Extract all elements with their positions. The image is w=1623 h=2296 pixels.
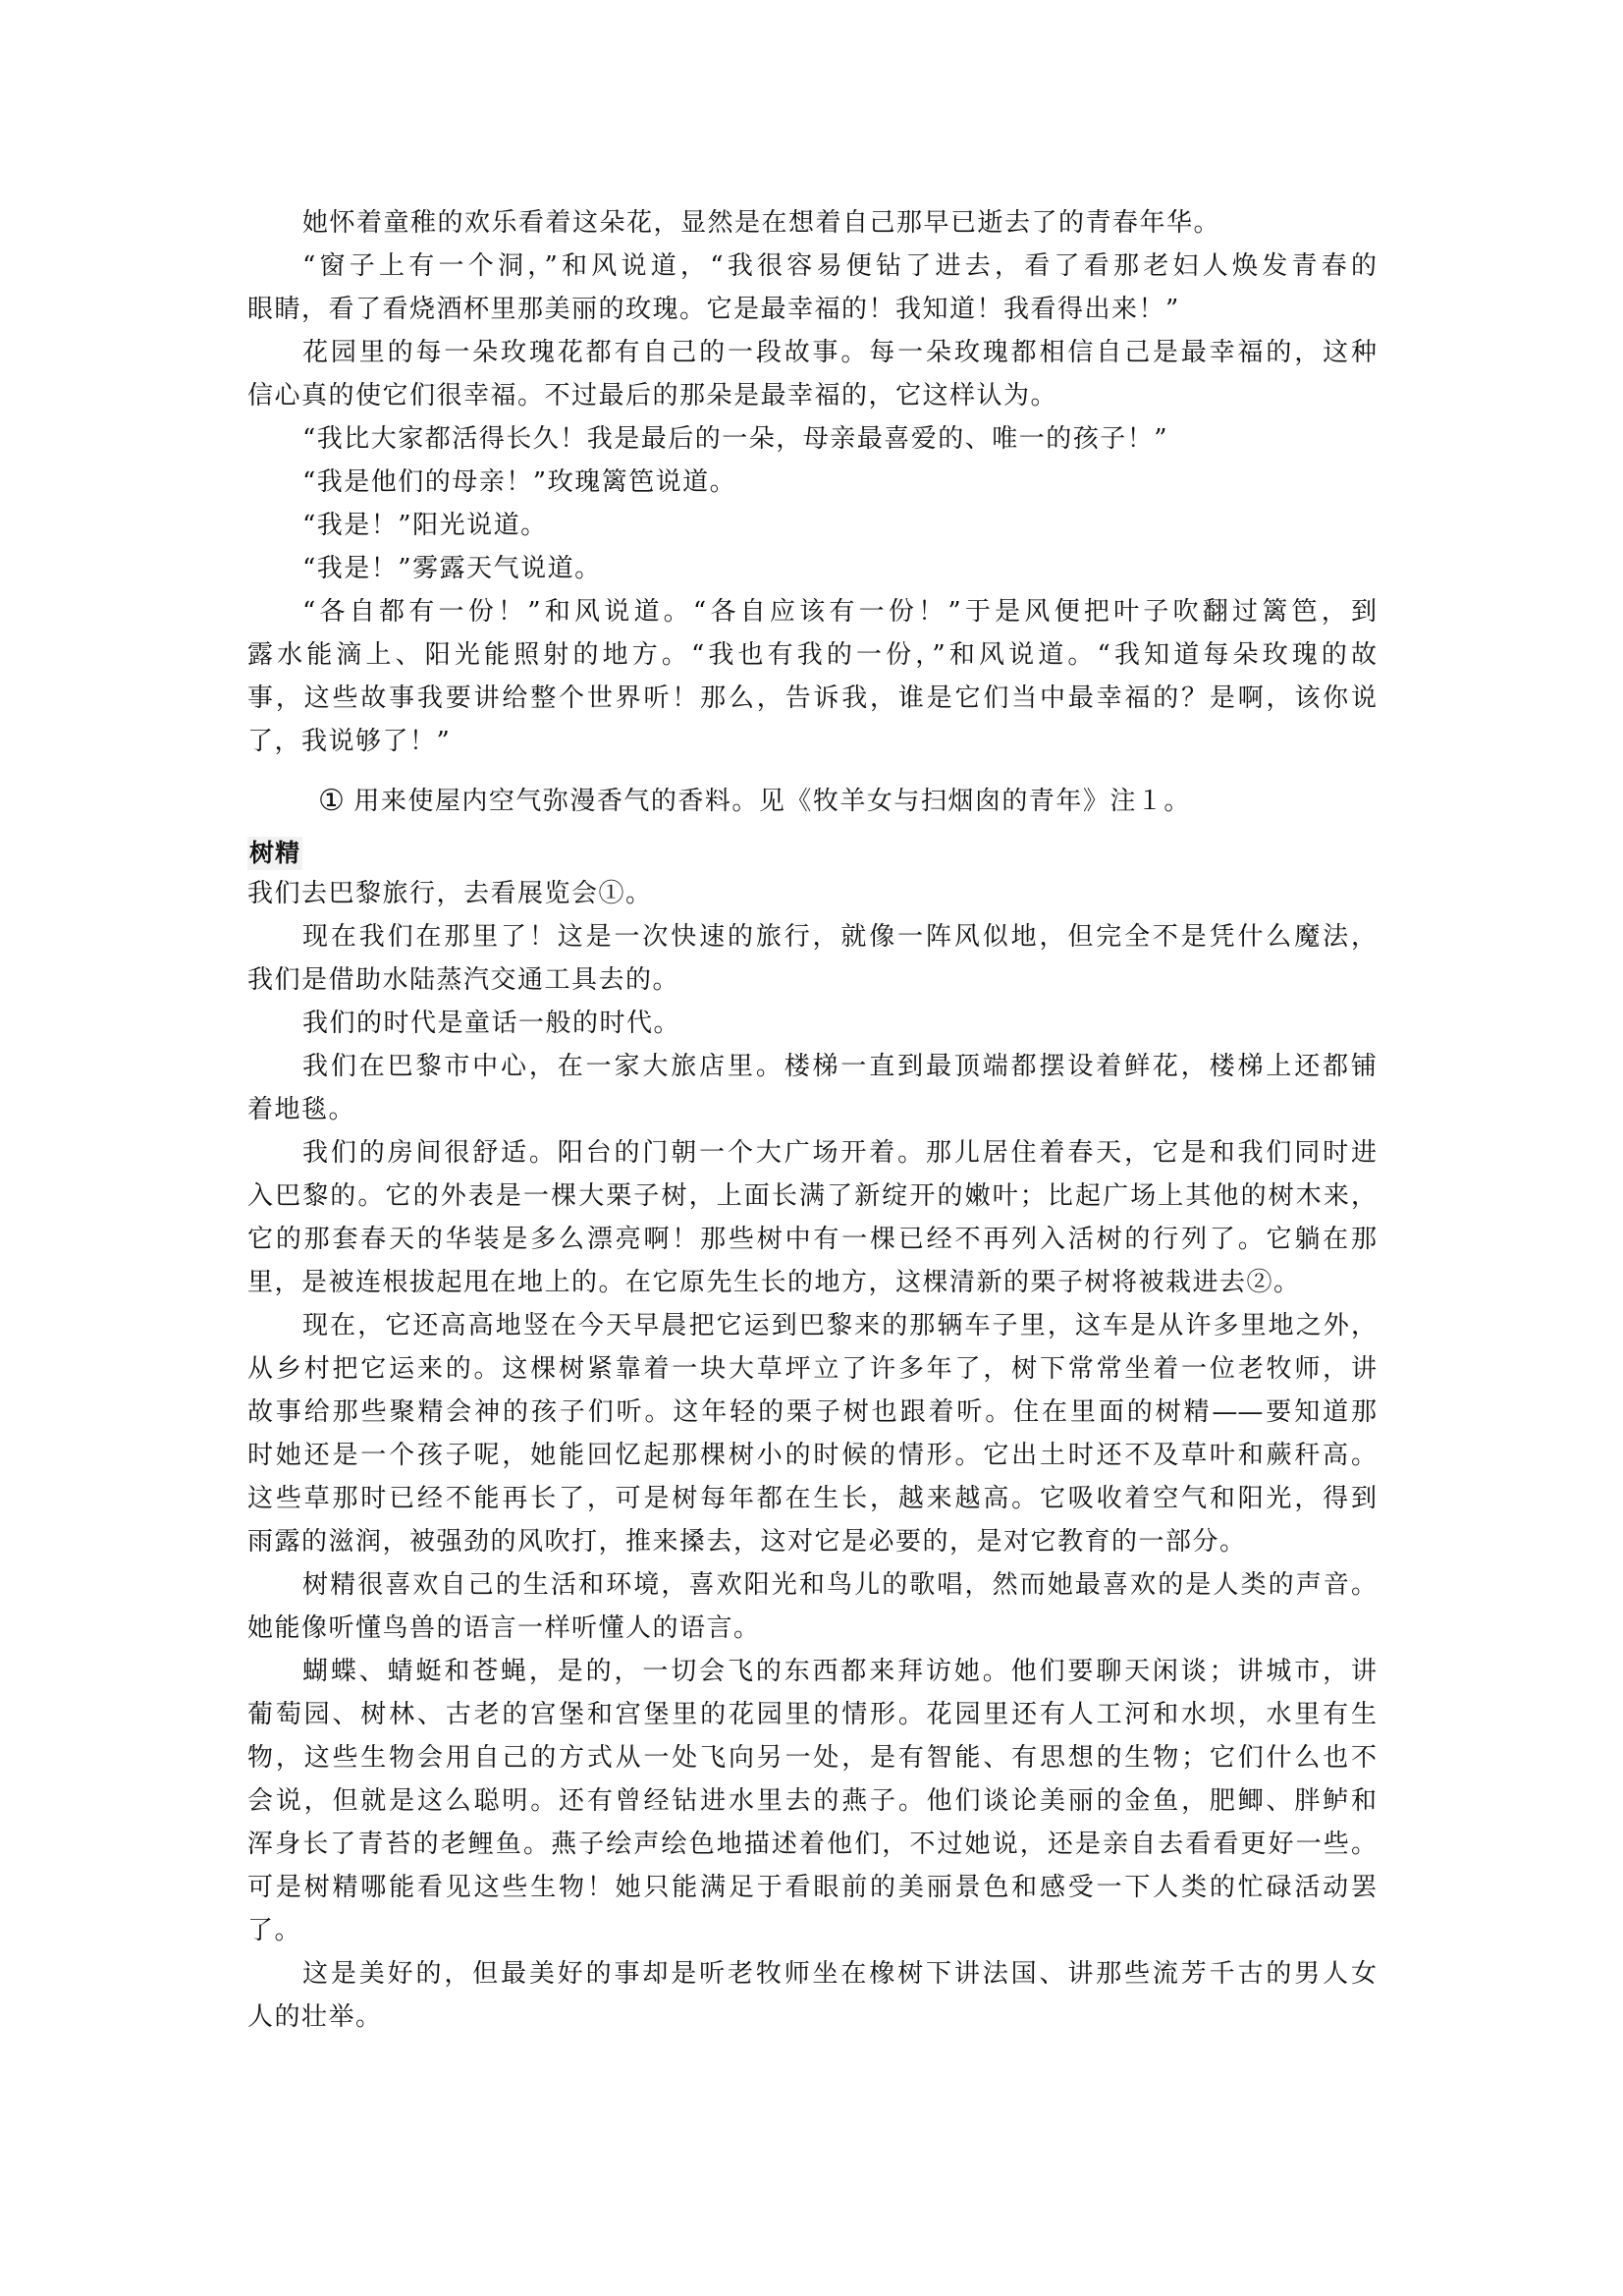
paragraph-line: 眼睛，看了看烧酒杯里那美丽的玫瑰。它是最幸福的！我知道！我看得出来！”	[247, 290, 1180, 329]
paragraph-line: 她怀着童稚的欢乐看着这朵花，显然是在想着自己那早已逝去了的青春年华。	[302, 203, 1220, 243]
paragraph-line: 她能像听懂鸟兽的语言一样听懂人的语言。	[247, 1609, 761, 1648]
paragraph-line: “各自都有一份！”和风说道。“各自应该有一份！”于是风便把叶子吹翻过篱笆，到	[302, 592, 1377, 631]
paragraph-line: “窗子上有一个洞，”和风说道，“我很容易便钻了进去，看了看那老妇人焕发青春的	[302, 246, 1377, 286]
paragraph-line: “我是！”雾露天气说道。	[302, 549, 602, 588]
paragraph-line: 现在我们在那里了！这是一次快速的旅行，就像一阵风似地，但完全不是凭什么魔法，	[302, 917, 1377, 957]
paragraph-line: 信心真的使它们很幸福。不过最后的那朵是最幸福的，它这样认为。	[247, 376, 1057, 415]
paragraph-line: 着地毯。	[247, 1090, 355, 1129]
paragraph-line: “我是他们的母亲！”玫瑰篱笆说道。	[302, 463, 736, 502]
footnote-text: 用来使屋内空气弥漫香气的香料。见《牧羊女与扫烟囱的青年》注１。	[353, 787, 1191, 816]
paragraph-line: 这些草那时已经不能再长了，可是树每年都在生长，越来越高。它吸收着空气和阳光，得到	[247, 1479, 1377, 1518]
paragraph-line: 树精很喜欢自己的生活和环境，喜欢阳光和鸟儿的歌唱，然而她最喜欢的是人类的声音。	[302, 1565, 1377, 1605]
paragraph-line: “我是！”阳光说道。	[302, 506, 548, 545]
paragraph-line: 蝴蝶、蜻蜓和苍蝇，是的，一切会飞的东西都来拜访她。他们要聊天闲谈；讲城市，讲	[302, 1652, 1377, 1691]
paragraph-line: 我们是借助水陆蒸汽交通工具去的。	[247, 960, 679, 1000]
paragraph-line: 雨露的滋润，被强劲的风吹打，推来搡去，这对它是必要的，是对它教育的一部分。	[247, 1522, 1247, 1561]
paragraph-line: 可是树精哪能看见这些生物！她只能满足于看眼前的美丽景色和感受一下人类的忙碌活动罢	[247, 1868, 1377, 1907]
paragraph-line: 这是美好的，但最美好的事却是听老牧师坐在橡树下讲法国、讲那些流芳千古的男人女	[302, 1954, 1377, 1994]
section-title: 树精	[247, 837, 302, 870]
paragraph-line: 我们去巴黎旅行，去看展览会①。	[247, 874, 653, 913]
paragraph-line: 事，这些故事我要讲给整个世界听！那么，告诉我，谁是它们当中最幸福的？是啊，该你说	[247, 679, 1377, 718]
paragraph-line: 了，我说够了！”	[247, 722, 451, 761]
paragraph-line: 花园里的每一朵玫瑰花都有自己的一段故事。每一朵玫瑰都相信自己是最幸福的，这种	[302, 333, 1377, 372]
paragraph-line: 葡萄园、树林、古老的宫堡和宫堡里的花园里的情形。花园里还有人工河和水坝，水里有生	[247, 1695, 1377, 1734]
paragraph-line: 浑身长了青苔的老鲤鱼。燕子绘声绘色地描述着他们，不过她说，还是亲自去看看更好一些…	[247, 1825, 1377, 1864]
paragraph-line: 它的那套春天的华装是多么漂亮啊！那些树中有一棵已经不再列入活树的行列了。它躺在那	[247, 1220, 1377, 1259]
paragraph-line: 现在，它还高高地竖在今天早晨把它运到巴黎来的那辆车子里，这车是从许多里地之外，	[302, 1306, 1377, 1345]
paragraph-line: 里，是被连根拔起甩在地上的。在它原先生长的地方，这棵清新的栗子树将被栽进去②。	[247, 1263, 1301, 1302]
paragraph-line: 故事给那些聚精会神的孩子们听。这年轻的栗子树也跟着听。住在里面的树精——要知道那	[247, 1393, 1377, 1432]
paragraph-line: 人的壮举。	[247, 1997, 383, 2037]
footnote-marker: ①	[318, 778, 346, 825]
paragraph-line: 露水能滴上、阳光能照射的地方。“我也有我的一份，”和风说道。“我知道每朵玫瑰的故	[247, 635, 1377, 675]
paragraph-line: 我们的时代是童话一般的时代。	[302, 1004, 680, 1043]
paragraph-line: 从乡村把它运来的。这棵树紧靠着一块大草坪立了许多年了，树下常常坐着一位老牧师，讲	[247, 1349, 1377, 1389]
paragraph-line: “我比大家都活得长久！我是最后的一朵，母亲最喜爱的、唯一的孩子！”	[302, 419, 1168, 459]
paragraph-line: 物，这些生物会用自己的方式从一处飞向另一处，是有智能、有思想的生物；它们什么也不	[247, 1738, 1377, 1777]
paragraph-line: 了。	[247, 1911, 301, 1950]
paragraph-line: 会说，但就是这么聪明。还有曾经钻进水里去的燕子。他们谈论美丽的金鱼，肥鲫、胖鲈和	[247, 1781, 1377, 1821]
paragraph-line: 时她还是一个孩子呢，她能回忆起那棵树小的时候的情形。它出土时还不及草叶和蕨秆高。	[247, 1436, 1377, 1475]
paragraph-line: 入巴黎的。它的外表是一棵大栗子树，上面长满了新绽开的嫩叶；比起广场上其他的树木来…	[247, 1176, 1377, 1216]
paragraph-line: 我们在巴黎市中心，在一家大旅店里。楼梯一直到最顶端都摆设着鲜花，楼梯上还都铺	[302, 1047, 1377, 1086]
footnote: ①用来使屋内空气弥漫香气的香料。见《牧羊女与扫烟囱的青年》注１。	[318, 778, 1191, 825]
paragraph-line: 我们的房间很舒适。阳台的门朝一个大广场开着。那儿居住着春天，它是和我们同时进	[302, 1133, 1377, 1173]
